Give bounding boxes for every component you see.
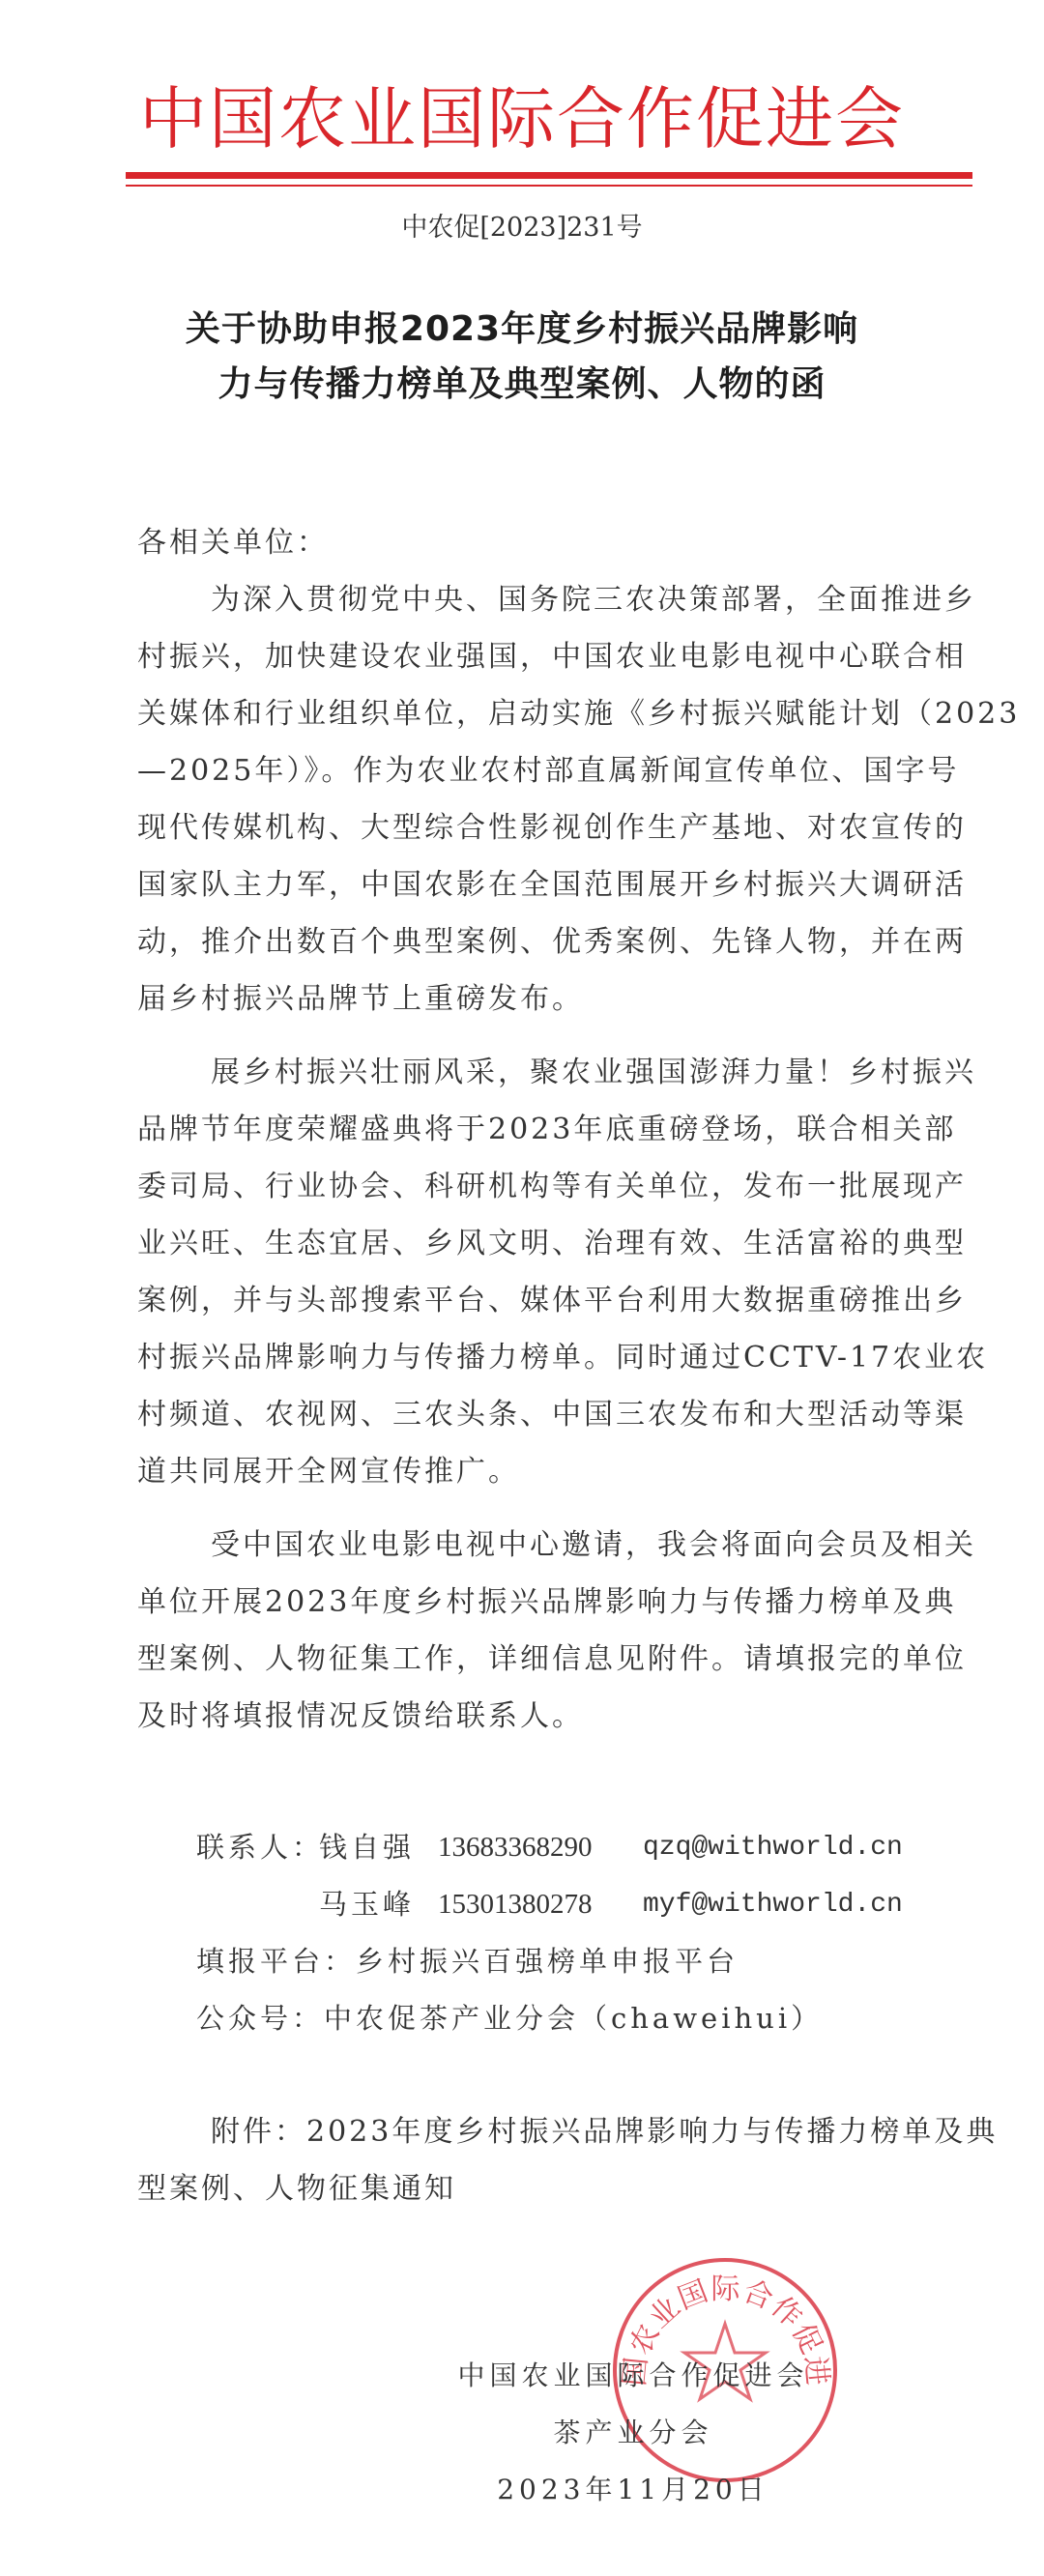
paragraph-line: 现代传媒机构、大型综合性影视创作生产基地、对农宣传的 bbox=[137, 799, 925, 856]
attachment-note: 附件：2023年度乡村振兴品牌影响力与传播力榜单及典 型案例、人物征集通知 bbox=[137, 2103, 925, 2217]
paragraph-line: 型案例、人物征集工作，详细信息见附件。请填报完的单位 bbox=[137, 1631, 925, 1688]
letterhead-rule-thick bbox=[126, 172, 972, 179]
contact-phone: 13683368290 bbox=[438, 1819, 593, 1876]
paragraph-line: 委司局、行业协会、科研机构等有关单位，发布一批展现产 bbox=[137, 1158, 925, 1215]
paragraph-line: 关媒体和行业组织单位，启动实施《乡村振兴赋能计划（2023 bbox=[137, 685, 925, 742]
attachment-line: 附件：2023年度乡村振兴品牌影响力与传播力榜单及典 bbox=[137, 2103, 925, 2160]
paragraph-line: 及时将填报情况反馈给联系人。 bbox=[137, 1688, 925, 1745]
paragraph-line: 品牌节年度荣耀盛典将于2023年底重磅登场，联合相关部 bbox=[137, 1101, 925, 1158]
paragraph-line: 村频道、农视网、三农头条、中国三农发布和大型活动等渠 bbox=[137, 1386, 925, 1443]
document-title-line: 关于协助申报2023年度乡村振兴品牌影响 bbox=[0, 302, 1044, 357]
contact-label: 联系人： bbox=[196, 1819, 324, 1876]
letter-body: 各相关单位： 为深入贯彻党中央、国务院三农决策部署，全面推进乡 村振兴，加快建设… bbox=[137, 514, 925, 1761]
signature-branch: 茶产业分会 bbox=[440, 2404, 826, 2461]
paragraph-line: 道共同展开全网宣传推广。 bbox=[137, 1443, 925, 1500]
paragraph-line: 动，推介出数百个典型案例、优秀案例、先锋人物，并在两 bbox=[137, 913, 925, 970]
paragraph-line: —2025年）》。作为农业农村部直属新闻宣传单位、国字号 bbox=[137, 742, 925, 799]
paragraph-line: 单位开展2023年度乡村振兴品牌影响力与传播力榜单及典 bbox=[137, 1574, 925, 1631]
contact-name: 马玉峰 bbox=[319, 1876, 415, 1933]
salutation-text: 各相关单位： bbox=[137, 514, 925, 571]
paragraph-line: 业兴旺、生态宜居、乡风文明、治理有效、生活富裕的典型 bbox=[137, 1215, 925, 1272]
paragraph-line: 届乡村振兴品牌节上重磅发布。 bbox=[137, 970, 925, 1028]
paragraph-2: 展乡村振兴壮丽风采，聚农业强国澎湃力量！乡村振兴 品牌节年度荣耀盛典将于2023… bbox=[137, 1044, 925, 1500]
signature-block: 中国农业国际合作促进会 茶产业分会 2023年11月20日 bbox=[440, 2347, 826, 2518]
contact-name: 钱自强 bbox=[319, 1819, 415, 1876]
paragraph-1: 为深入贯彻党中央、国务院三农决策部署，全面推进乡 村振兴，加快建设农业强国，中国… bbox=[137, 571, 925, 1028]
salutation: 各相关单位： bbox=[137, 514, 925, 571]
paragraph-line: 国家队主力军，中国农影在全国范围展开乡村振兴大调研活 bbox=[137, 856, 925, 913]
contact-email: myf@withworld.cn bbox=[643, 1876, 903, 1933]
wechat-account: 公众号：中农促茶产业分会（chaweihui） bbox=[196, 1990, 823, 2047]
paragraph-line: 案例，并与头部搜索平台、媒体平台利用大数据重磅推出乡 bbox=[137, 1272, 925, 1329]
document-title: 关于协助申报2023年度乡村振兴品牌影响 力与传播力榜单及典型案例、人物的函 bbox=[0, 302, 1044, 412]
paragraph-line: 为深入贯彻党中央、国务院三农决策部署，全面推进乡 bbox=[137, 571, 925, 628]
letterhead-rule-thin bbox=[126, 185, 972, 187]
letterhead-org-name: 中国农业国际合作促进会 bbox=[0, 75, 1044, 162]
attachment-line: 型案例、人物征集通知 bbox=[137, 2160, 925, 2217]
submission-platform: 填报平台：乡村振兴百强榜单申报平台 bbox=[196, 1933, 739, 1990]
contact-email: qzq@withworld.cn bbox=[643, 1819, 903, 1876]
paragraph-3: 受中国农业电影电视中心邀请，我会将面向会员及相关 单位开展2023年度乡村振兴品… bbox=[137, 1517, 925, 1745]
paragraph-line: 村振兴品牌影响力与传播力榜单。同时通过CCTV-17农业农 bbox=[137, 1329, 925, 1386]
signature-org: 中国农业国际合作促进会 bbox=[440, 2347, 826, 2404]
document-title-line: 力与传播力榜单及典型案例、人物的函 bbox=[0, 357, 1044, 412]
document-number: 中农促[2023]231号 bbox=[0, 211, 1044, 246]
paragraph-line: 村振兴，加快建设农业强国，中国农业电影电视中心联合相 bbox=[137, 628, 925, 685]
paragraph-line: 受中国农业电影电视中心邀请，我会将面向会员及相关 bbox=[137, 1517, 925, 1574]
paragraph-line: 展乡村振兴壮丽风采，聚农业强国澎湃力量！乡村振兴 bbox=[137, 1044, 925, 1101]
signature-date: 2023年11月20日 bbox=[440, 2461, 826, 2518]
contact-phone: 15301380278 bbox=[438, 1876, 593, 1933]
